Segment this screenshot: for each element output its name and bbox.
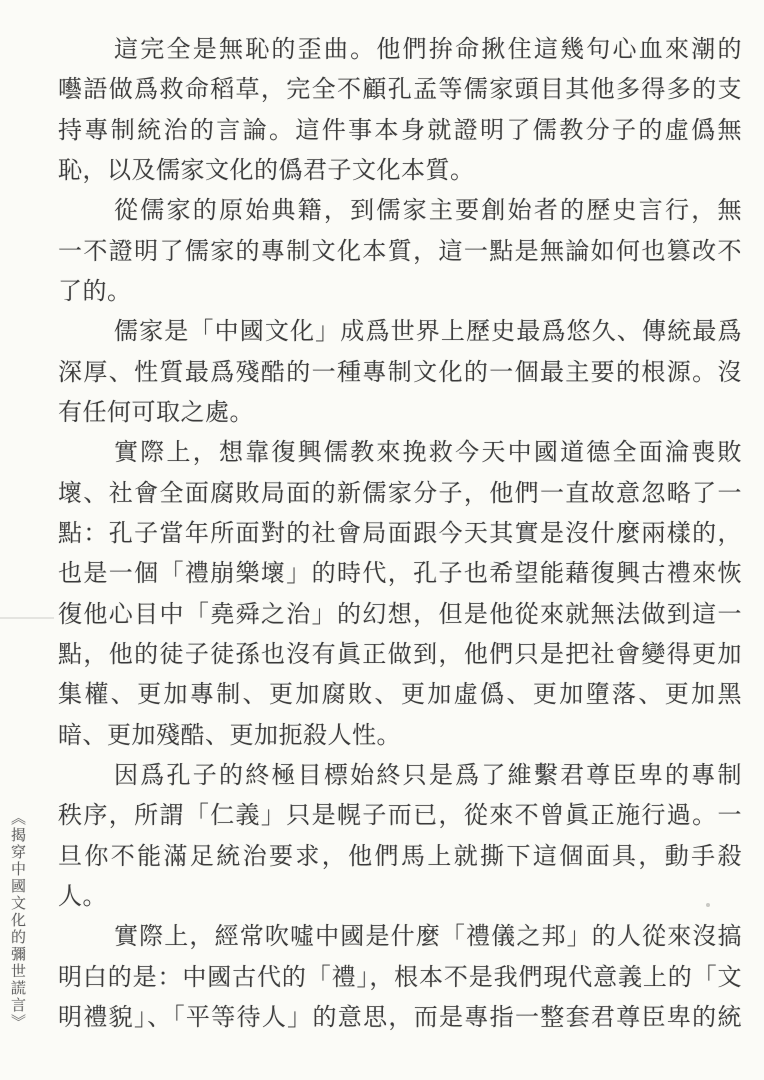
body-text: 這完全是無恥的歪曲。他們拚命揪住這幾句心血來潮的囈語做爲救命稻草，完全不顧孔孟等… — [58, 30, 742, 1038]
text-line: 壞、社會全面腐敗局面的新儒家分子，他們一直故意忽略了一 — [58, 474, 742, 514]
text-line: 實際上，想靠復興儒教來挽救今天中國道德全面淪喪敗 — [58, 433, 742, 473]
scan-artifact-streak — [0, 617, 54, 619]
book-spine-title: 《揭穿中國文化的彌世謊言》 — [7, 810, 28, 1055]
text-line: 從儒家的原始典籍，到儒家主要創始者的歷史言行，無 — [58, 191, 742, 231]
text-line: 因爲孔子的終極目標始終只是爲了維繫君尊臣卑的專制 — [58, 756, 742, 796]
text-line: 恥，以及儒家文化的僞君子文化本質。 — [58, 151, 742, 191]
text-line: 了的。 — [58, 272, 742, 312]
text-line: 這完全是無恥的歪曲。他們拚命揪住這幾句心血來潮的 — [58, 30, 742, 70]
text-line: 旦你不能滿足統治要求，他們馬上就撕下這個面具，動手殺 — [58, 837, 742, 877]
text-line: 人。 — [58, 877, 742, 917]
text-line: 深厚、性質最爲殘酷的一種專制文化的一個最主要的根源。沒 — [58, 353, 742, 393]
text-line: 實際上，經常吹噓中國是什麼「禮儀之邦」的人從來沒搞 — [58, 917, 742, 957]
scanned-book-page: 這完全是無恥的歪曲。他們拚命揪住這幾句心血來潮的囈語做爲救命稻草，完全不顧孔孟等… — [0, 0, 764, 1080]
text-line: 有任何可取之處。 — [58, 393, 742, 433]
text-line: 儒家是「中國文化」成爲世界上歷史最爲悠久、傳統最爲 — [58, 312, 742, 352]
text-line: 明禮貌」、「平等待人」的意思，而是專指一整套君尊臣卑的統 — [58, 998, 742, 1038]
text-line: 一不證明了儒家的專制文化本質，這一點是無論如何也篡改不 — [58, 232, 742, 272]
text-line: 秩序，所謂「仁義」只是幌子而已，從來不曾眞正施行過。一 — [58, 796, 742, 836]
text-line: 復他心目中「堯舜之治」的幻想，但是他從來就無法做到這一 — [58, 595, 742, 635]
text-line: 也是一個「禮崩樂壞」的時代，孔子也希望能藉復興古禮來恢 — [58, 554, 742, 594]
scan-artifact-dot — [706, 903, 710, 907]
text-line: 明白的是：中國古代的「禮」，根本不是我們現代意義上的「文 — [58, 958, 742, 998]
text-line: 持專制統治的言論。這件事本身就證明了儒教分子的虛僞無 — [58, 111, 742, 151]
text-line: 暗、更加殘酷、更加扼殺人性。 — [58, 716, 742, 756]
text-line: 點，他的徒子徒孫也沒有眞正做到，他們只是把社會變得更加 — [58, 635, 742, 675]
text-line: 點：孔子當年所面對的社會局面跟今天其實是沒什麼兩樣的， — [58, 514, 742, 554]
text-line: 囈語做爲救命稻草，完全不顧孔孟等儒家頭目其他多得多的支 — [58, 70, 742, 110]
text-line: 集權、更加專制、更加腐敗、更加虛僞、更加墮落、更加黑 — [58, 675, 742, 715]
